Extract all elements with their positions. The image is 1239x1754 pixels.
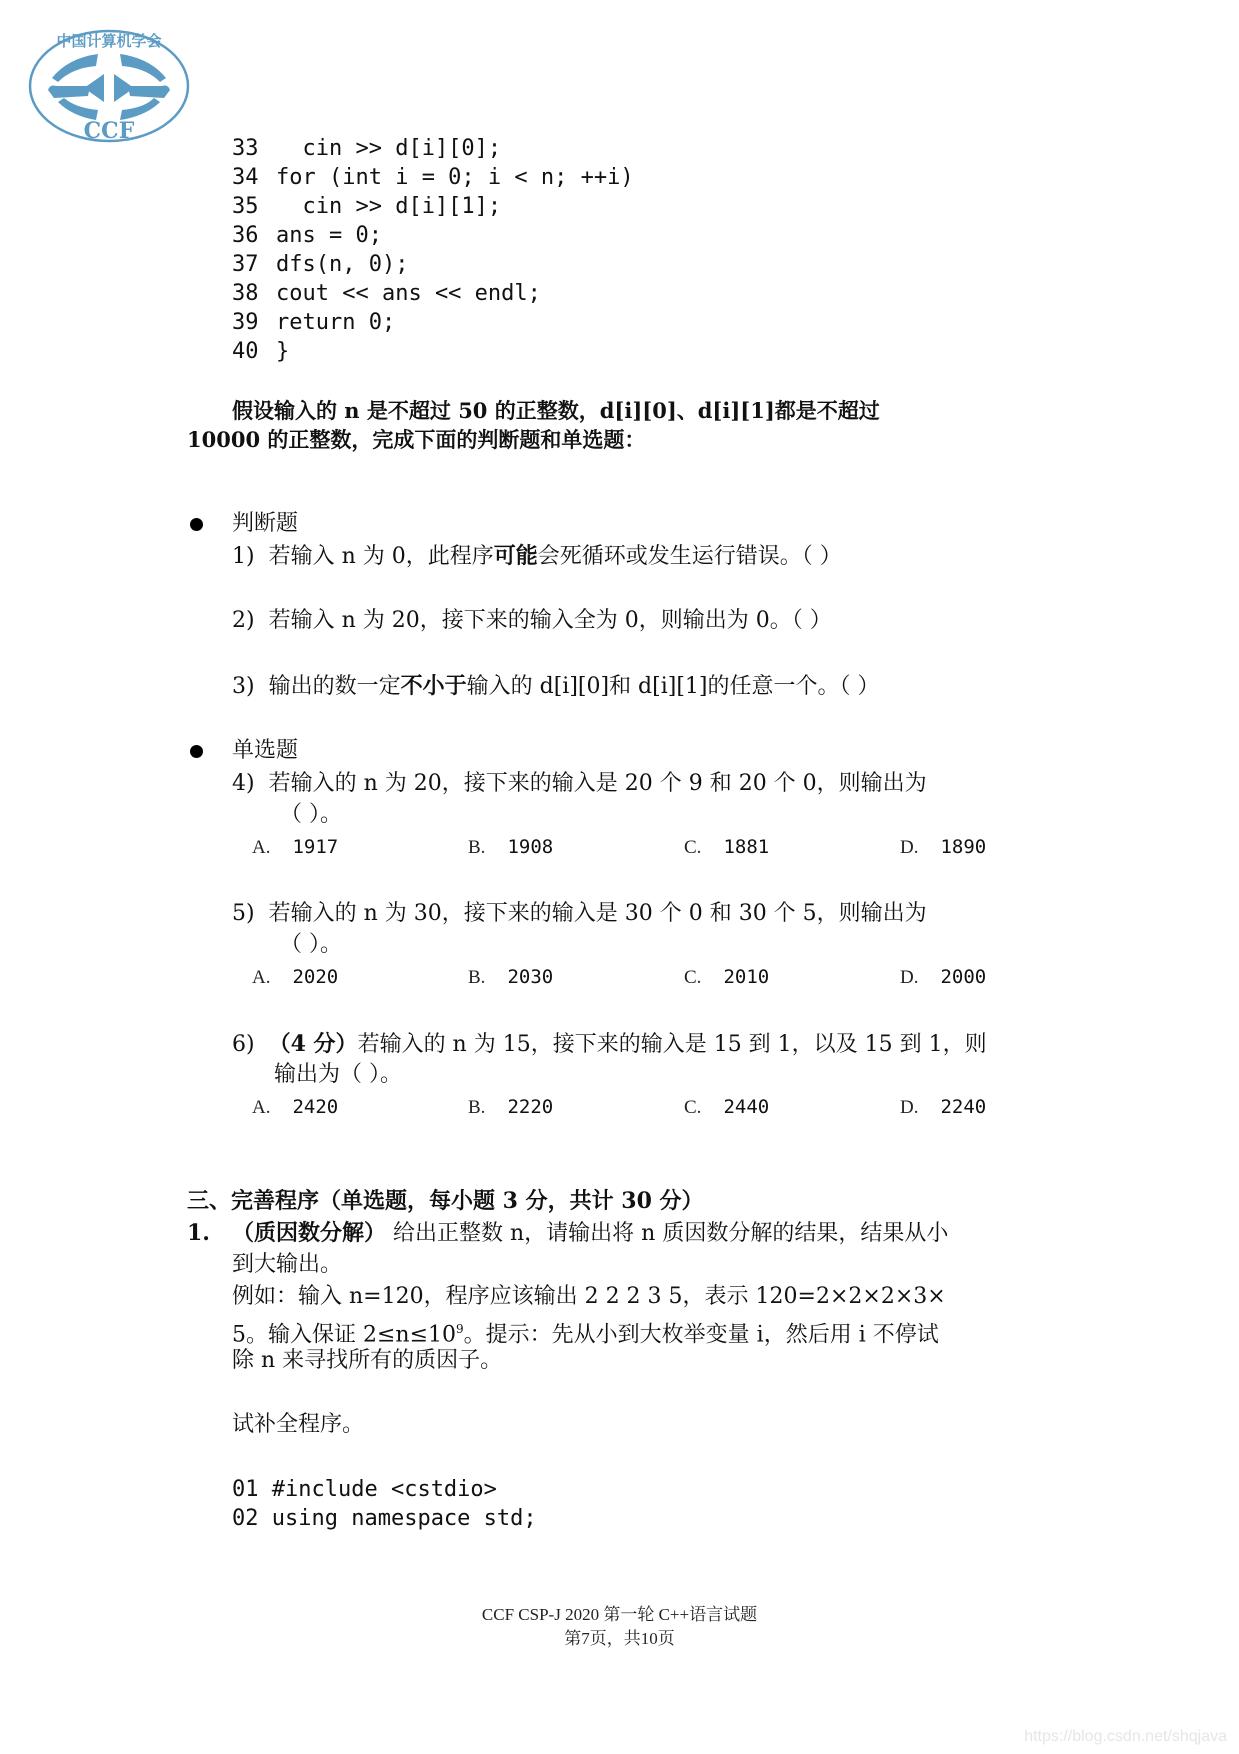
code-line-36: 36ans = 0; xyxy=(232,222,382,250)
q1-line-5: 除 n 来寻找所有的质因子。 xyxy=(232,1346,502,1376)
q1-number: 1. xyxy=(187,1218,210,1248)
q4-option-a[interactable]: A.1917 xyxy=(252,836,338,859)
bullet-icon xyxy=(190,745,203,758)
watermark: https://blog.csdn.net/shqjava xyxy=(1024,1728,1227,1746)
code-line-35: 35 cin >> d[i][1]; xyxy=(232,193,501,221)
q1-line-4: 5。输入保证 2≤n≤109。提示：先从小到大枚举变量 i，然后用 i 不停试 xyxy=(232,1314,939,1350)
svg-text:CCF: CCF xyxy=(84,118,135,144)
ccf-logo: 中国计算机学会 CCF xyxy=(28,28,190,144)
mc-question-4-blank: （ ）。 xyxy=(280,800,342,830)
q5-option-d[interactable]: D.2000 xyxy=(900,966,986,989)
q4-option-c[interactable]: C.1881 xyxy=(684,836,769,859)
q6-option-b[interactable]: B.2220 xyxy=(468,1096,553,1119)
q1-line-2: 到大输出。 xyxy=(232,1250,342,1280)
code-line-39: 39return 0; xyxy=(232,309,395,337)
q1-instruction: 试补全程序。 xyxy=(232,1410,364,1440)
code-line-37: 37dfs(n, 0); xyxy=(232,251,408,279)
q1-line-3: 例如：输入 n=120，程序应该输出 2 2 2 3 5，表示 120=2×2×… xyxy=(232,1282,946,1312)
q4-option-d[interactable]: D.1890 xyxy=(900,836,986,859)
mc-question-6: 6) （4 分）若输入的 n 为 15，接下来的输入是 15 到 1，以及 15… xyxy=(232,1029,987,1060)
true-false-heading: 判断题 xyxy=(232,509,298,539)
q5-option-a[interactable]: A.2020 xyxy=(252,966,338,989)
q4-option-b[interactable]: B.1908 xyxy=(468,836,553,859)
q6-option-d[interactable]: D.2240 xyxy=(900,1096,986,1119)
q5-option-c[interactable]: C.2010 xyxy=(684,966,769,989)
mc-question-6-line2: 输出为（ ）。 xyxy=(274,1060,402,1090)
ccf-logo-icon: 中国计算机学会 CCF xyxy=(28,28,190,144)
q6-option-a[interactable]: A.2420 xyxy=(252,1096,338,1119)
tf-question-2: 2) 若输入 n 为 20，接下来的输入全为 0，则输出为 0。（ ） xyxy=(232,606,832,636)
q5-option-b[interactable]: B.2030 xyxy=(468,966,553,989)
code-line-34: 34for (int i = 0; i < n; ++i) xyxy=(232,164,634,192)
svg-text:中国计算机学会: 中国计算机学会 xyxy=(56,32,161,50)
q1-line-1: （质因数分解） 给出正整数 n，请输出将 n 质因数分解的结果，结果从小 xyxy=(232,1218,948,1249)
q6-option-c[interactable]: C.2440 xyxy=(684,1096,769,1119)
premise-line-1: 假设输入的 n 是不超过 50 的正整数，d[i][0]、d[i][1]都是不超… xyxy=(232,396,880,426)
code-line-40: 40} xyxy=(232,338,289,366)
mc-question-5: 5) 若输入的 n 为 30，接下来的输入是 30 个 0 和 30 个 5，则… xyxy=(232,899,927,929)
code-line-02: 02 using namespace std; xyxy=(232,1505,537,1533)
single-choice-heading: 单选题 xyxy=(232,736,298,766)
mc-question-4: 4) 若输入的 n 为 20，接下来的输入是 20 个 9 和 20 个 0，则… xyxy=(232,769,927,799)
footer-page-number: 第7页，共10页 xyxy=(0,1624,1239,1649)
premise-line-2: 10000 的正整数，完成下面的判断题和单选题： xyxy=(187,425,645,455)
mc-question-5-blank: （ ）。 xyxy=(280,930,342,960)
footer-title: CCF CSP-J 2020 第一轮 C++语言试题 xyxy=(0,1600,1239,1625)
code-line-38: 38cout << ans << endl; xyxy=(232,280,541,308)
code-line-33: 33 cin >> d[i][0]; xyxy=(232,135,501,163)
tf-question-3: 3) 输出的数一定不小于输入的 d[i][0]和 d[i][1]的任意一个。（ … xyxy=(232,671,880,702)
section-3-title: 三、完善程序（单选题，每小题 3 分，共计 30 分） xyxy=(187,1186,704,1216)
code-line-01: 01 #include <cstdio> xyxy=(232,1476,497,1504)
tf-question-1: 1) 若输入 n 为 0，此程序可能会死循环或发生运行错误。（ ） xyxy=(232,541,842,572)
bullet-icon xyxy=(190,518,203,531)
